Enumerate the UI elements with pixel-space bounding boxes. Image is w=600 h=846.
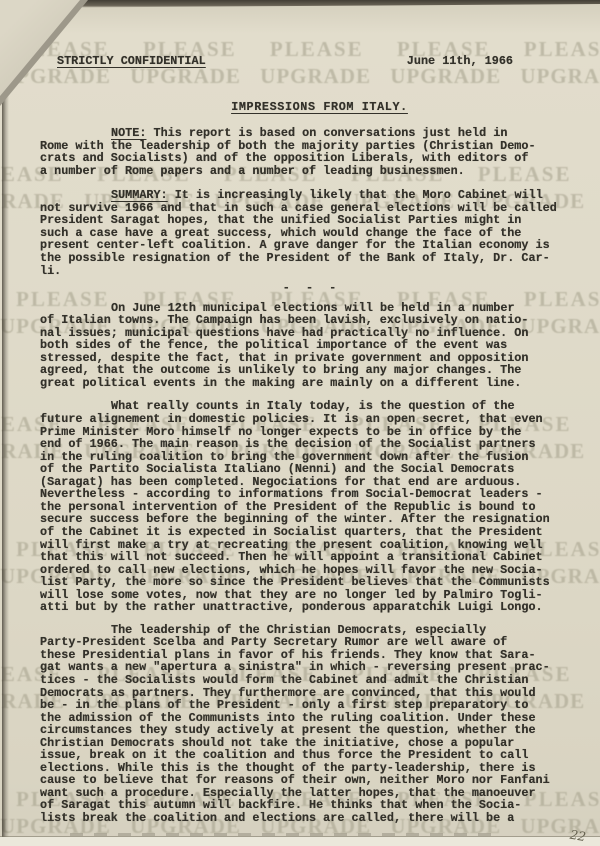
classification-stamp: STRICTLY CONFIDENTIAL [57,55,206,68]
ghost-text-smudge [70,833,500,836]
paragraph-christian-democrats: The leadership of the Christian Democrat… [40,624,585,825]
note-paragraph: NOTE: This report is based on conversati… [40,127,585,177]
summary-text: It is increasingly likely that the Moro … [40,188,557,277]
section-separator: - - - [34,282,585,295]
document-header: STRICTLY CONFIDENTIAL June 11th, 1966 [40,0,585,68]
typed-content: STRICTLY CONFIDENTIAL June 11th, 1966 IM… [40,0,585,825]
paragraph-alignment: What really counts in Italy today, is th… [40,400,585,613]
document-date: June 11th, 1966 [407,55,513,68]
paragraph-elections: On June 12th municipal elections will be… [40,302,585,390]
scanned-document-page: PLEASE PLEASE PLEASE PLEASE PLEASEUPGRAD… [0,0,600,846]
scan-edge-left [2,42,9,838]
page-title: IMPRESSIONS FROM ITALY. [54,101,585,114]
scan-edge-bottom [0,837,600,846]
summary-paragraph: SUMMARY: It is increasingly likely that … [40,189,585,277]
page-number: 22 [569,827,587,845]
